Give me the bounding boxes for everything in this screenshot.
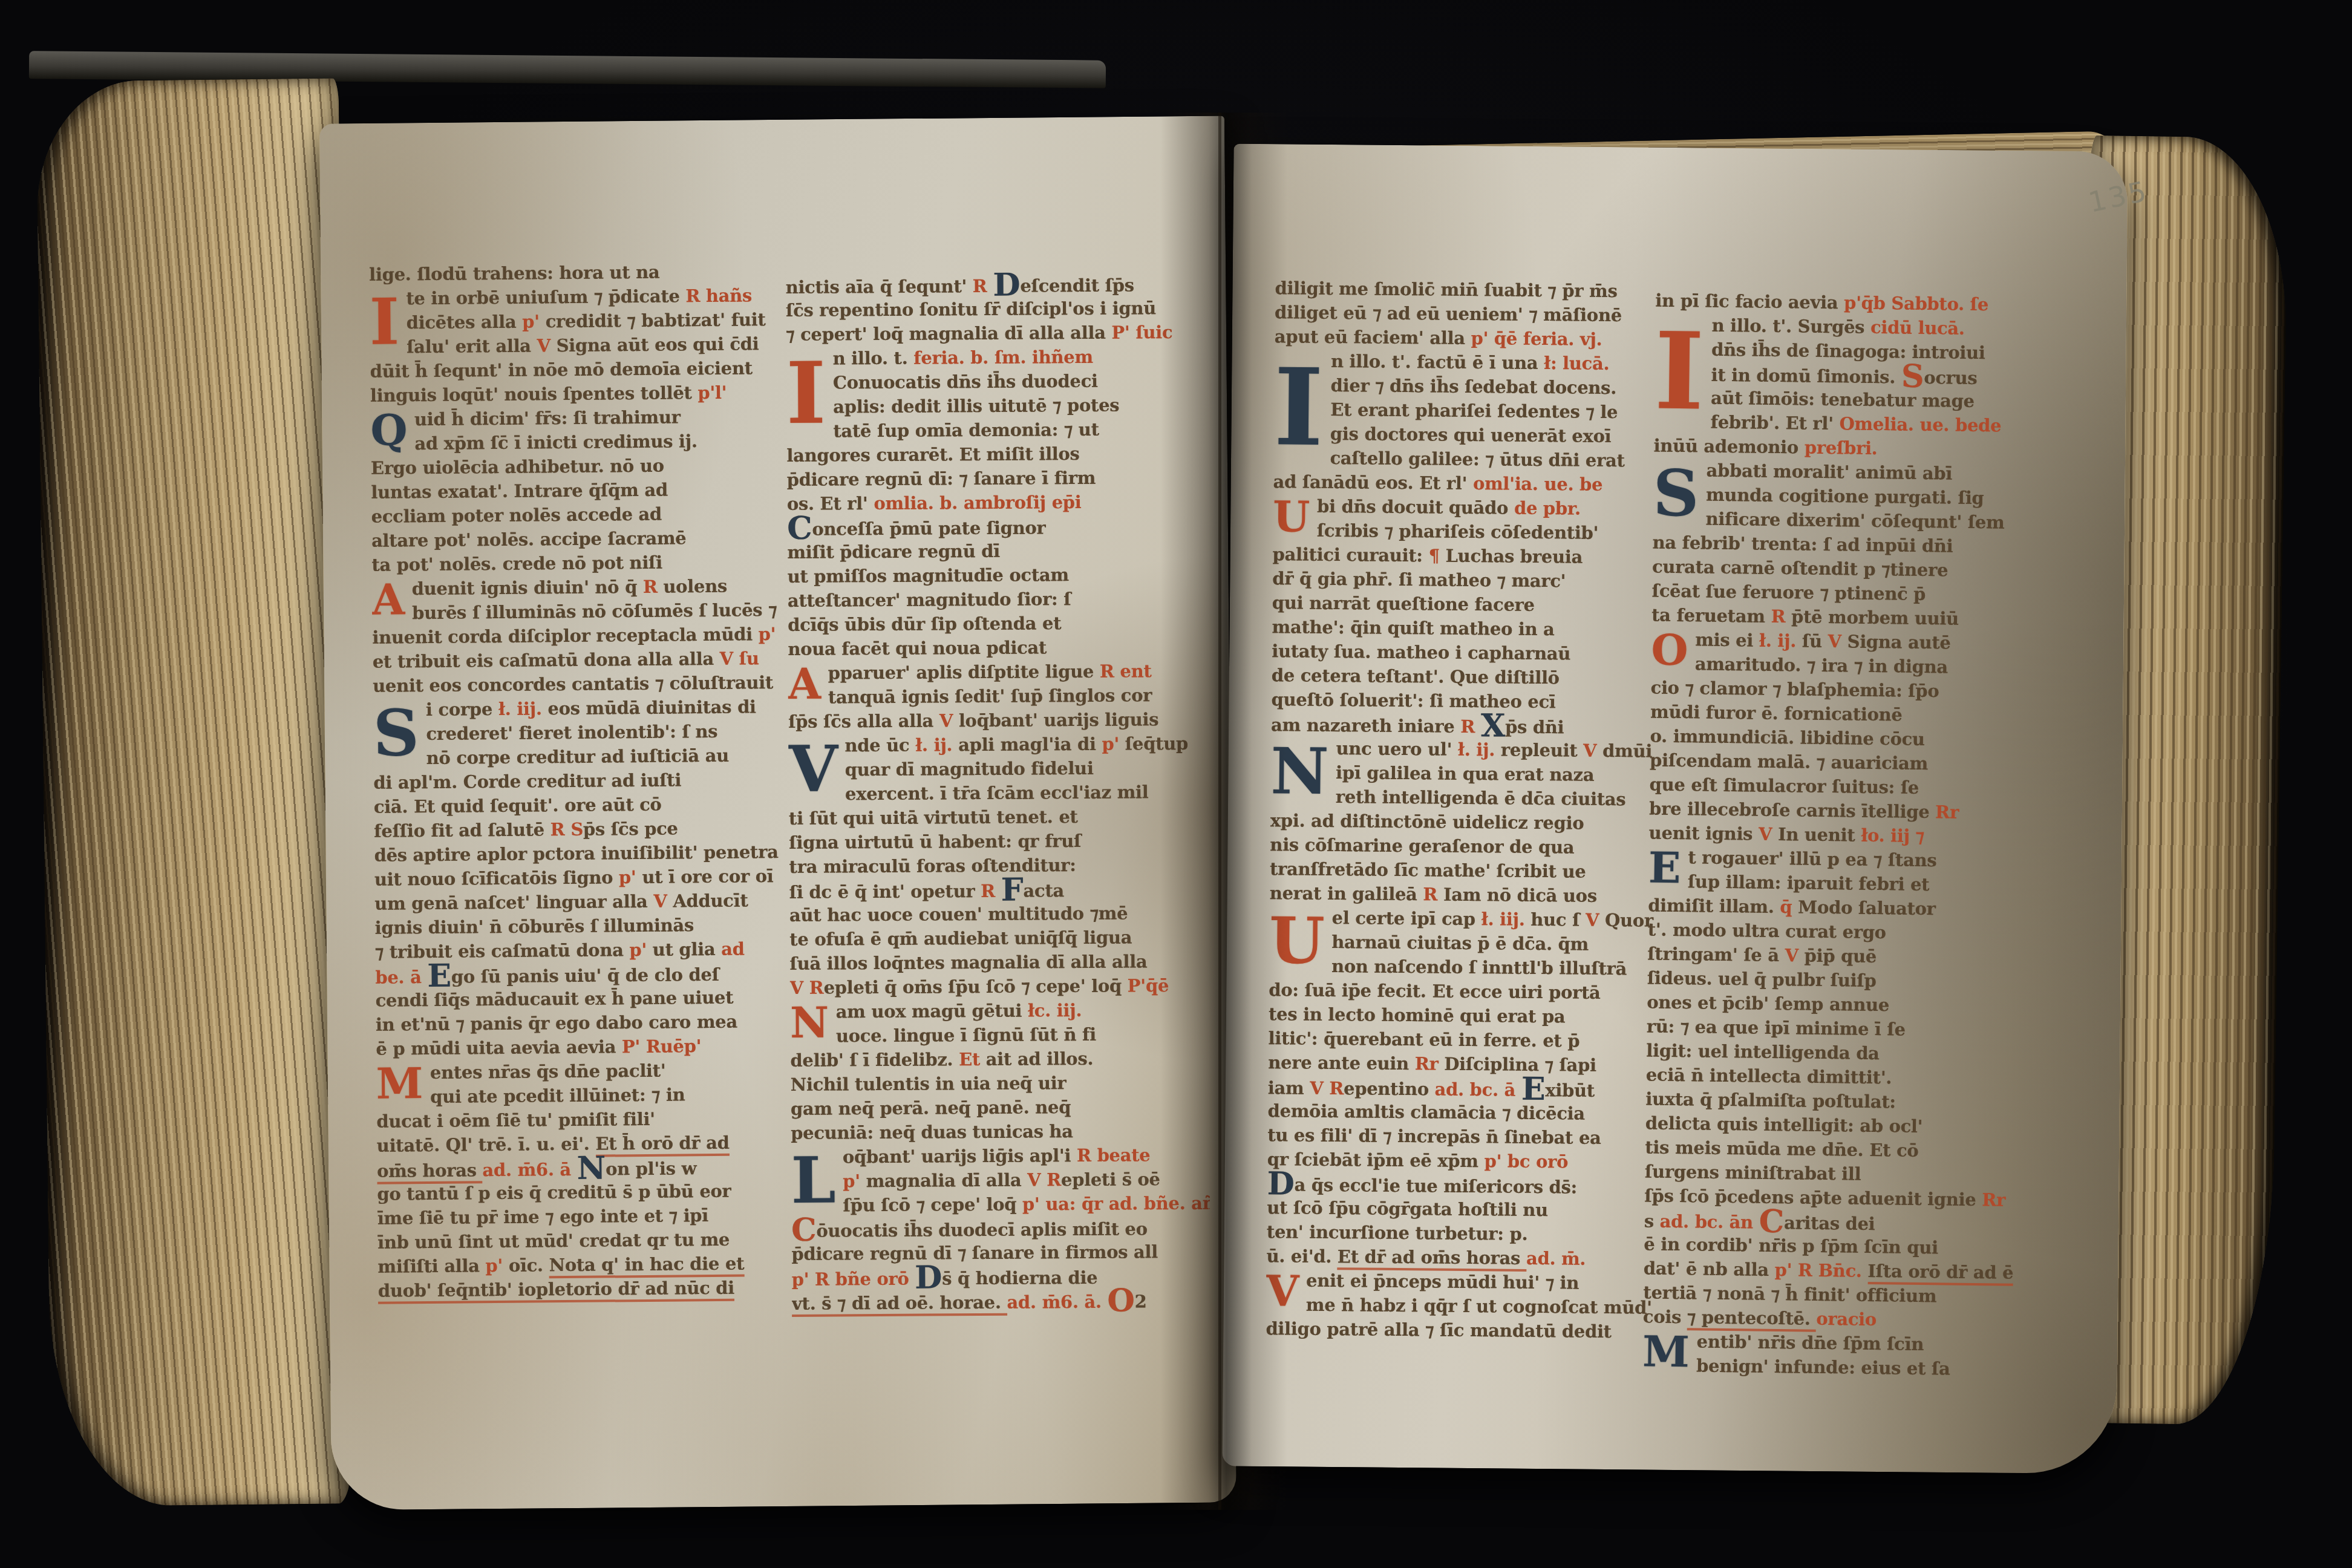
manuscript-line: Et erant phariſei ſedentes ⁊ le <box>1274 397 1676 425</box>
text-segment: ut ī ore cor oī <box>642 866 773 887</box>
text-segment: diligit me ſmolic̄ min̄ ſuabit ⁊ p̄r m̄s <box>1275 278 1617 301</box>
illuminated-initial: N <box>790 1001 829 1045</box>
rubric-segment: ad. m̄. <box>1526 1248 1586 1269</box>
rubric-segment: V <box>1785 945 1804 965</box>
text-segment: nictis aīa q̄ ſequnt' <box>786 276 973 298</box>
manuscript-line: et tribuit eis caſmatū dona alla alla V … <box>373 646 786 674</box>
rubric-segment: R <box>643 577 664 597</box>
rubric-segment: be. ā <box>375 967 427 988</box>
text-segment: piſcendam malā. ⁊ auariciam <box>1650 750 1928 774</box>
rubric-segment: V R <box>1310 1078 1344 1099</box>
text-segment: cio ⁊ clamor ⁊ blaſphemia: ſp̄o <box>1650 677 1939 701</box>
manuscript-line: palitici curauit: ¶ Luchas breuia <box>1272 542 1674 570</box>
manuscript-line: dr̄ q̄ gia phr̄. ſi matheo ⁊ marc' <box>1272 566 1674 594</box>
text-segment: te ofuſa ē qm̄ audiebat uniq̄ſq̄ ligua <box>789 927 1132 949</box>
text-segment: p̄dicare regnū dī ⁊ ſanare in firmos all <box>791 1241 1158 1264</box>
text-segment: dr̄ q̄ gia phr̄. ſi matheo ⁊ marc' <box>1272 568 1566 591</box>
text-segment: ſcēat ſue feruore ⁊ ptinenc̄ p̄ <box>1651 580 1926 604</box>
manuscript-line: nō corpe creditur ad iuſticiā au <box>373 743 787 771</box>
manuscript-line: atteſtancer' magnitudo ſior: ſ <box>788 586 1206 613</box>
illuminated-initial: I <box>369 287 399 355</box>
text-column-3: diligit me ſmolic̄ min̄ ſuabit ⁊ p̄r m̄s… <box>1266 276 1677 1376</box>
rubric-segment: P' Ruēp' <box>622 1036 701 1057</box>
manuscript-line: ſp̄s ſc̄s alla alla V loq̄bant' uarijs l… <box>788 707 1207 734</box>
rubric-segment: R <box>1771 606 1791 627</box>
rubric-segment: V <box>537 335 556 356</box>
text-segment: dmūi <box>1602 740 1652 762</box>
text-segment: litic': q̄uerebant eū in ferre. et p̄ <box>1269 1028 1580 1051</box>
text-segment: unc uero ul' <box>1336 738 1458 760</box>
manuscript-line: Aduenit ignis diuin' nō q̄ R uolens <box>372 573 786 601</box>
manuscript-line: p̄dicare regnū dī ⁊ ſanare in firmos all <box>791 1240 1210 1266</box>
text-segment: Conuocatis dn̄s ih̄s duodeci <box>833 371 1098 393</box>
text-segment: benign' infunde: eius et ſa <box>1696 1355 1950 1379</box>
text-segment: apli magl'ia di <box>958 734 1102 755</box>
text-segment: munda cogitione purgati. ſig <box>1706 485 1984 509</box>
manuscript-line: ducat i oēm ſiē tu' pmiſit fili' <box>376 1106 790 1134</box>
text-segment: ad xp̄m ſc̄ ī inicti credimus ij. <box>414 431 697 454</box>
rubric-segment: p' R bñe orō <box>792 1269 915 1290</box>
manuscript-line: ū. ei'd. Et dr̄ ad om̄s horas ad. m̄. <box>1266 1244 1668 1272</box>
text-segment: enit ei p̄nceps mūdi hui' ⁊ in <box>1306 1270 1579 1293</box>
text-segment: Nota q' in hac die et <box>549 1253 744 1279</box>
manuscript-line: iutaty ſua. matheo i capharnaū <box>1272 639 1673 667</box>
rubric-segment: ł: lucā. <box>1544 353 1610 374</box>
text-segment: ut pmiſſos magnitudīe octam <box>788 564 1069 587</box>
manuscript-line: uoce. lingue ī ſignū ſūt n̄ fi <box>790 1022 1209 1048</box>
rubric-segment: V <box>1583 740 1602 761</box>
text-segment: p̄dicare regnū dī: ⁊ ſanare ī firm <box>787 468 1096 490</box>
text-segment: Et h̄ orō dr̄ ad <box>595 1132 730 1157</box>
text-segment: diligo patrē alla ⁊ ſīc mandatū dedit <box>1266 1318 1612 1342</box>
rubric-segment: de pbr. <box>1514 498 1581 519</box>
rubric-segment: ł. ij. <box>1759 630 1802 652</box>
rubric-segment: p' <box>1102 734 1125 754</box>
text-segment: miſiſti alla <box>377 1255 485 1277</box>
text-segment: Et dr̄ ad om̄s horas <box>1338 1246 1526 1272</box>
manuscript-line: ad ſanādū eos. Et rl' oml'ia. ue. be <box>1273 469 1675 497</box>
text-segment: p̄s ſc̄s pce <box>583 818 678 839</box>
manuscript-line: benign' infunde: eius et ſa <box>1642 1353 2056 1382</box>
manuscript-line: diligo patrē alla ⁊ ſīc mandatū dedit <box>1266 1316 1667 1344</box>
illuminated-initial: S <box>373 699 419 767</box>
manuscript-line: ti ſūt qui uitā virtutū tenet. et <box>789 804 1207 831</box>
text-segment: repleuit <box>1501 739 1584 760</box>
manuscript-line: Nichil tulentis in uia neq̄ uir <box>791 1070 1209 1097</box>
rubric-segment: p' <box>485 1255 509 1276</box>
text-segment: dēs aptire aplor pctora inuiſibilit' pen… <box>374 841 778 866</box>
rubric-segment: ad. m̄6. ā <box>482 1159 577 1180</box>
text-segment: ignis diuin' n̄ cōburēs ſ illuminās <box>374 915 694 938</box>
text-segment: cendi ſiq̄s māducauit ex h̄ pane uiuet <box>376 987 734 1011</box>
text-segment: ē p mūdi uita aevia aevia <box>376 1036 622 1059</box>
text-segment: aūt ſimōis: tenebatur mage <box>1711 388 1975 411</box>
rubric-segment: ad. bc. ān <box>1660 1211 1759 1233</box>
text-segment: bre illecebroſe carnis ītellige <box>1649 798 1935 822</box>
rubric-segment: ł. ij. <box>1458 739 1501 760</box>
manuscript-line: ciā. Et quid ſequit'. ore aūt cō <box>374 791 788 819</box>
manuscript-line: eccliam poter nolēs accede ad <box>371 501 785 529</box>
manuscript-line: ſcribis ⁊ phariſeis cōſedentib' <box>1273 518 1674 546</box>
manuscript-line: nis cōſmarine geraſenor de qua <box>1270 832 1671 860</box>
text-segment: tes in lecto hominē qui erat pa <box>1269 1004 1566 1027</box>
manuscript-line: crederet' fieret inolentib': ſ ns <box>373 719 787 746</box>
text-segment: langores curarēt. Et miſit illos <box>786 443 1079 466</box>
manuscript-line: am nazareth iniare R Xp̄s dn̄i <box>1271 711 1673 739</box>
text-segment: ſp̄u ſcō ⁊ cepe' loq̄ <box>843 1194 1022 1216</box>
text-segment: harnaū ciuitas p̄ ē dc̄a. q̄m <box>1331 932 1589 955</box>
text-segment: am uox magū gētui <box>836 1001 1028 1022</box>
text-segment: s <box>1644 1210 1660 1231</box>
manuscript-line: ignis diuin' n̄ cōburēs ſ illuminās <box>374 912 788 940</box>
manuscript-line: ipī galilea in qua erat naza <box>1270 760 1672 788</box>
text-segment: delicta quis intelligit: ab ocl' <box>1645 1112 1923 1137</box>
text-segment: onceſſa p̄mū pate ſignor <box>812 517 1045 539</box>
manuscript-line: di apl'm. Corde creditur ad iuſti <box>373 767 787 795</box>
manuscript-line: Loq̄bant' uarijs liḡis apl'i R beate <box>791 1143 1209 1169</box>
manuscript-line: aplis: dedit illis uitutē ⁊ potes <box>786 393 1205 419</box>
text-segment: tu es fili' dī ⁊ increpās n̄ ſinebat ea <box>1267 1125 1601 1148</box>
text-segment: oq̄bant' uarijs liḡis apl'i <box>843 1145 1077 1167</box>
text-segment: p̄s dn̄i <box>1505 717 1564 738</box>
text-segment: tra miraculū foras oſtenditur: <box>789 855 1076 877</box>
rubric-segment: R S <box>550 819 584 840</box>
rubric-segment: R <box>981 881 1001 901</box>
text-segment: entes nr̄as q̄s dn̄e paclit' <box>430 1060 666 1083</box>
rubric-segment: p' <box>629 939 653 960</box>
text-segment: In uenit <box>1778 824 1861 846</box>
text-segment: palitici curauit: <box>1272 544 1428 566</box>
text-segment: entib' nr̄is dn̄e ſp̄m ſcīn <box>1696 1331 1924 1354</box>
manuscript-line: ta pot' nolēs. crede nō pot niſi <box>371 549 785 577</box>
rubric-segment: p' q̄ē feria. vj. <box>1471 328 1602 350</box>
manuscript-line: om̄s horas ad. m̄6. ā Non pl'is w <box>377 1154 791 1182</box>
text-segment: eciā n̄ intellecta dimittit'. <box>1646 1064 1892 1088</box>
rubric-segment: V <box>1828 631 1847 652</box>
rubric-segment: V R <box>790 978 824 998</box>
manuscript-line: V Repleti q̄ om̄s ſp̄u ſcō ⁊ cepe' loq̄ … <box>790 973 1209 1000</box>
text-segment: ducat i oēm ſiē tu' pmiſit fili' <box>376 1109 655 1132</box>
manuscript-line: noua facēt qui noua pdicat <box>788 635 1206 661</box>
manuscript-line: tranſfretādo ſīc mathe' ſcribit ue <box>1270 857 1671 884</box>
manuscript-line: Ubi dn̄s docuit quādo de pbr. <box>1273 494 1674 521</box>
text-segment: ſideus. uel q̄ pulbr ſuiſp <box>1647 967 1877 991</box>
rubric-segment: ł. iij. <box>498 698 548 719</box>
text-segment: dcīq̄s ūbis dūr ſip oſtenda et <box>788 613 1061 635</box>
manuscript-line: Nunc uero ul' ł. ij. repleuit V dmūi <box>1271 736 1673 763</box>
manuscript-line: te ofuſa ē qm̄ audiebat uniq̄ſq̄ ligua <box>789 925 1208 952</box>
text-segment: et tribuit eis caſmatū dona alla alla <box>373 648 720 672</box>
text-segment: linguis loqūt' nouis ſpentes tollēt <box>370 382 698 406</box>
manuscript-line: Da q̄s eccl'ie tue miſericors ds̄: <box>1267 1171 1668 1199</box>
rubric-segment: Rr <box>1935 802 1959 822</box>
text-segment: 2 <box>1135 1291 1147 1312</box>
rubric-segment: omlia. b. ambroſij ep̄i <box>874 492 1081 514</box>
text-segment: īnb unū ſint ut mūd' credat qr tu me <box>377 1229 730 1253</box>
manuscript-line: Quid h̄ dicim' fr̄s: ſi trahimur <box>370 404 784 432</box>
text-segment: Ergo uiolēcia adhibetur. nō uo <box>371 456 664 479</box>
text-segment: i corpe <box>426 699 498 720</box>
manuscript-line: aūt hac uoce couen' multitudo ⁊mē <box>789 901 1208 927</box>
rubric-segment: P'q̄ē <box>1128 975 1169 996</box>
left-page: lige. ſlodū trahens: hora ut naIte in or… <box>319 116 1236 1511</box>
illuminated-initial: A <box>372 578 405 621</box>
illuminated-initial: O <box>1651 628 1688 672</box>
manuscript-line: ut ſcō ſp̄u cōgr̄gata hoſtili nu <box>1267 1195 1668 1223</box>
illuminated-initial: Q <box>370 408 407 452</box>
manuscript-line: um genā naſcet' linguar alla V Adducīt <box>374 888 788 916</box>
manuscript-line: aput eū faciem' alla p' q̄ē feria. vj. <box>1275 324 1676 352</box>
manuscript-line: de cetera teſtant'. Que diſtillō <box>1272 663 1673 691</box>
rubric-segment: R <box>1423 884 1443 904</box>
text-segment: ſp̄s ſcō p̄cedens ap̄te aduenit ignie <box>1644 1185 1982 1210</box>
manuscript-line: luntas exatat'. Intrare q̄ſq̄m ad <box>371 477 785 505</box>
rubric-segment: p'l' <box>697 382 727 403</box>
text-segment: pparuer' aplis diſptite ligue <box>828 661 1100 684</box>
text-segment: Modo ſaluator <box>1798 897 1936 919</box>
text-segment: ones et p̄cib' ſemp annue <box>1647 991 1889 1015</box>
text-segment: eſcendit ſp̄s <box>1020 275 1134 296</box>
manuscript-line: in et'nū ⁊ panis q̄r ego dabo caro mea <box>376 1009 789 1037</box>
manuscript-line: qr ſciebāt ip̄m eē xp̄m p' bc orō <box>1267 1147 1669 1175</box>
manuscript-line: feſſio fit ad ſalutē R Sp̄s ſc̄s pce <box>374 815 788 843</box>
page-edges-left-stack <box>36 78 354 1506</box>
text-segment: epentino <box>1344 1078 1435 1099</box>
text-segment: inūū ademonio <box>1653 435 1805 457</box>
text-segment: credidit ⁊ babtizat' fuit <box>545 309 765 332</box>
text-segment: qui ate pcedit illūinet: ⁊ in <box>430 1084 685 1107</box>
text-segment: acta <box>1023 880 1064 901</box>
rubric-segment: p' ua: q̄r ad. bñe. aña. <box>1022 1192 1210 1214</box>
text-segment: n illo. t'. factū ē ī una <box>1331 351 1544 373</box>
text-segment: dicētes alla <box>407 312 523 333</box>
rubric-segment: V <box>939 710 959 731</box>
text-segment: am nazareth iniare <box>1271 714 1460 737</box>
manuscript-line: Venit ei p̄nceps mūdi hui' ⁊ in <box>1266 1268 1668 1296</box>
rubric-segment: p' <box>522 311 546 332</box>
manuscript-line: quar dī magnitudo fidelui <box>788 756 1207 782</box>
manuscript-line: uenit eos concordes cantatis ⁊ cōluſtrau… <box>373 670 786 698</box>
illuminated-initial: U <box>1269 906 1325 975</box>
text-segment: qui narrāt queſtione facere <box>1272 592 1535 615</box>
manuscript-line: Ite in orbē uniuſum ⁊ p̄dicate R hañs <box>369 283 783 311</box>
text-segment: reth intelligenda ē dc̄a ciuitas <box>1336 786 1626 809</box>
rubric-segment: R hañs <box>685 285 752 306</box>
text-segment: non naſcendo ſ innttl'b illuſtrā <box>1331 956 1627 979</box>
manuscript-line: lige. ſlodū trahens: hora ut na <box>369 259 783 287</box>
manuscript-line: os. Et rl' omlia. b. ambroſij ep̄i <box>787 489 1206 516</box>
text-segment: altare pot' nolēs. accipe ſacramē <box>371 528 687 551</box>
manuscript-line: ten' incurſione turbetur: p. <box>1267 1220 1668 1247</box>
manuscript-line: Cōuocatis ih̄s duodecī aplis miſit eo <box>791 1215 1210 1242</box>
text-segment: rū: ⁊ ea que ipī minime ī ſe <box>1647 1016 1906 1039</box>
text-segment: queſtō ſoluerit': ſi matheo ecī <box>1271 689 1555 712</box>
manuscript-line: non naſcendo ſ innttl'b illuſtrā <box>1269 953 1671 981</box>
text-segment: ⁊ pentecoſtē. <box>1687 1307 1817 1332</box>
rubric-segment: ło. iij ⁊ <box>1861 825 1924 846</box>
text-segment: luntas exatat'. Intrare q̄ſq̄m ad <box>371 480 668 503</box>
rubric-segment: R ent <box>1100 661 1152 682</box>
rubric-segment: feria. b. ſm. ihñem <box>913 347 1093 368</box>
manuscript-line: vt. s̄ ⁊ dī ad oē. horae. ad. m̄6. ā. O2 <box>792 1288 1210 1315</box>
text-segment: quar dī magnitudo fidelui <box>845 758 1094 780</box>
text-segment: ocrus <box>1924 367 1978 388</box>
rubric-segment: Rr <box>1982 1189 2005 1210</box>
manuscript-line: pecuniā: neq̄ duas tunicas ha <box>791 1119 1209 1145</box>
text-segment: uid h̄ dicim' fr̄s: ſi trahimur <box>414 407 681 430</box>
manuscript-line: Ergo uiolēcia adhibetur. nō uo <box>371 452 785 480</box>
text-segment: ⁊ tribuit eis caſmatū dona <box>375 939 630 962</box>
manuscript-line: gis doctores qui uenerāt exoī <box>1273 421 1675 449</box>
text-segment: dimiſit illam. <box>1648 895 1780 917</box>
manuscript-line: exercent. ī tr̄a ſcām eccl'iaz mil <box>789 780 1207 806</box>
manuscript-line: do: ſuā ip̄e fecit. Et ecce uiri portā <box>1269 978 1670 1005</box>
text-segment: n illo. t. <box>833 348 914 369</box>
rubric-segment: p' <box>758 624 776 644</box>
rubric-segment: V ſu <box>720 648 759 669</box>
manuscript-line: p' magnalia dī alla V Repleti s̄ oē <box>791 1167 1210 1194</box>
text-segment: ſtringam' ſe ā <box>1647 943 1785 965</box>
manuscript-line: harnaū ciuitas p̄ ē dc̄a. q̄m <box>1269 929 1671 957</box>
manuscript-line: tatē ſup omīa demonia: ⁊ ut <box>786 417 1205 443</box>
manuscript-line: ſc̄s repentino ſonitu ſr̄ diſcipl'os i i… <box>786 296 1204 322</box>
rubric-segment: P' ſuic <box>1111 322 1172 343</box>
text-segment: ⁊ cepert' loq̄ magnalia dī alla alla <box>786 322 1111 345</box>
text-segment: exercent. ī tr̄a ſcām eccl'iaz mil <box>845 782 1149 804</box>
manuscript-line: linguis loqūt' nouis ſpentes tollēt p'l' <box>370 380 784 408</box>
manuscript-line: caſtello galilee: ⁊ ūtus dn̄i erat <box>1273 445 1675 473</box>
text-segment: ligit: uel intelligenda da <box>1646 1040 1880 1063</box>
text-segment: burēs ſ illuminās nō cōſumēs ſ lucēs ⁊ <box>412 599 777 623</box>
manuscript-line: altare pot' nolēs. accipe ſacramē <box>371 525 785 553</box>
text-segment: inuenit corda diſciplor receptacla mūdi <box>372 624 758 648</box>
text-segment: iam <box>1268 1077 1310 1099</box>
text-segment: magnalia dī alla <box>866 1170 1028 1192</box>
rubric-segment: R <box>973 276 993 296</box>
text-segment: vt. s̄ ⁊ dī ad oē. horae. <box>792 1292 1007 1317</box>
manuscript-line: qui narrāt queſtione facere <box>1272 590 1674 618</box>
text-segment: tertiā ⁊ nonā ⁊ h̄ finit' officium <box>1643 1282 1936 1306</box>
manuscript-line: dcīq̄s ūbis dūr ſip oſtenda et <box>788 610 1206 637</box>
text-segment: Diſciplina ⁊ ſapi <box>1444 1054 1596 1076</box>
manuscript-line: ſigna uirtutū ū habent: qr fruſ <box>789 828 1207 855</box>
text-segment: on pl'is w <box>606 1158 696 1179</box>
manuscript-line: ⁊ cepert' loq̄ magnalia dī alla alla P' … <box>786 320 1204 347</box>
text-segment: Iſta orō dr̄ ad ē <box>1867 1261 2013 1286</box>
text-segment: it in domū ſimonis. <box>1711 365 1901 388</box>
rubric-segment: p' <box>619 867 642 887</box>
text-segment: eos mūdā diuinitas di <box>547 696 756 719</box>
text-segment: uolens <box>663 576 727 597</box>
text-segment: uoce. lingue ī ſignū ſūt n̄ fi <box>836 1024 1096 1047</box>
text-segment: febrib'. Et rl' <box>1710 412 1839 434</box>
manuscript-line: dēs aptire aplor pctora inuiſibilit' pen… <box>374 840 788 867</box>
rubric-segment: łc. iij. <box>1028 1000 1082 1021</box>
text-segment: di apl'm. Corde creditur ad iuſti <box>373 769 681 792</box>
rubric-segment: oracio <box>1816 1308 1877 1330</box>
rubric-segment: ł. iij. <box>1481 909 1531 930</box>
manuscript-line: burēs ſ illuminās nō cōſumēs ſ lucēs ⁊ <box>372 598 786 626</box>
manuscript-line: ſuā illos loq̄ntes magnalia dī alla alla <box>789 949 1208 976</box>
text-segment: cois <box>1643 1306 1687 1327</box>
manuscript-line: cendi ſiq̄s māducauit ex h̄ pane uiuet <box>376 985 789 1013</box>
manuscript-line: inuenit corda diſciplor receptacla mūdi … <box>372 622 786 650</box>
text-segment: noua facēt qui noua pdicat <box>788 637 1047 659</box>
text-segment: ten' incurſione turbetur: p. <box>1267 1221 1528 1244</box>
text-segment: aritas dei <box>1784 1212 1875 1234</box>
rubric-segment: O <box>1107 1282 1135 1319</box>
text-segment: t rogauer' illū p ea ⁊ ſtans <box>1688 847 1936 871</box>
text-segment: Quor <box>1605 910 1653 931</box>
text-segment: el certe ipī cap <box>1332 907 1481 929</box>
manuscript-line: Si corpe ł. iij. eos mūdā diuinitas di <box>373 694 786 722</box>
rubric-segment: p' R Bn̄c. <box>1774 1259 1867 1281</box>
text-segment: ōuocatis ih̄s duodecī aplis miſit eo <box>816 1218 1147 1241</box>
text-segment: miſit p̄dicare regnū dī <box>787 541 1000 563</box>
text-segment: diliget eū ⁊ ad eū ueniem' ⁊ māſionē <box>1275 302 1622 325</box>
text-segment: s̄ q̄ hodierna die <box>942 1267 1097 1289</box>
manuscript-line: xpi. ad diſtinctōnē uidelicz regio <box>1270 808 1672 836</box>
text-segment: lige. ſlodū trahens: hora ut na <box>369 262 659 285</box>
text-segment: do: ſuā ip̄e fecit. Et ecce uiri portā <box>1269 979 1601 1003</box>
text-segment: crederet' fieret inolentib': ſ ns <box>426 721 717 744</box>
text-segment: n illo. t'. Surgēs <box>1711 315 1870 338</box>
text-segment: go ſū panis uiu' q̄ de clo deſ <box>451 964 719 987</box>
text-segment: amaritudo. ⁊ ira ⁊ in digna <box>1695 653 1948 677</box>
text-segment: mūdi furor ē. fornicationē <box>1650 701 1903 725</box>
illuminated-initial: M <box>376 1062 423 1106</box>
rubric-segment: V <box>1586 910 1605 930</box>
manuscript-line: go tantū ſ p eis q̄ creditū s̄ p ūbū eor <box>377 1178 791 1206</box>
text-segment: aūt hac uoce couen' multitudo ⁊mē <box>789 903 1128 926</box>
text-segment: caſtello galilee: ⁊ ūtus dn̄i erat <box>1330 448 1624 471</box>
text-segment: ſuā illos loq̄ntes magnalia dī alla alla <box>789 951 1147 974</box>
text-segment: gam neq̄ perā. neq̄ panē. neq̄ <box>791 1097 1071 1119</box>
text-segment: ū. ei'd. <box>1266 1246 1338 1267</box>
text-segment: que eſt ſimulacror ſuitus: ſe <box>1649 774 1919 797</box>
manuscript-line: ē p mūdi uita aevia aevia P' Ruēp' <box>376 1033 789 1061</box>
rubric-segment: ad. m̄6. ā. <box>1007 1292 1107 1313</box>
manuscript-line: ſalu' erit alla V Signa aūt eos qui c̄di <box>370 332 783 359</box>
manuscript-photo: lige. ſlodū trahens: hora ut naIte in or… <box>0 0 2352 1568</box>
manuscript-line: gam neq̄ perā. neq̄ panē. neq̄ <box>791 1094 1209 1121</box>
manuscript-line: Nam uox magū gētui łc. iij. <box>790 998 1209 1024</box>
text-segment: abbati moralit' animū abī <box>1706 460 1952 484</box>
text-segment: na febrib' trenta: ſ ad inpūi dn̄i <box>1652 532 1953 556</box>
text-segment: ſp̄s ſc̄s alla alla <box>788 710 939 732</box>
text-segment: t'. modo ultra curat ergo <box>1648 919 1886 942</box>
text-segment: ut glia <box>653 939 722 960</box>
manuscript-line: Uel certe ipī cap ł. iij. huc ſ V Quor <box>1269 905 1671 933</box>
text-segment: Iam nō dicā uos <box>1443 884 1597 906</box>
rubric-segment: ad. bc. ā <box>1434 1079 1521 1100</box>
manuscript-line: nerat in galileā R Iam nō dicā uos <box>1270 881 1671 909</box>
text-segment: uenit eos concordes cantatis ⁊ cōluſtrau… <box>373 672 773 696</box>
text-segment: uit nouo ſcīficatōis ſigno <box>374 867 619 890</box>
manuscript-line: reth intelligenda ē dc̄a ciuitas <box>1270 784 1672 812</box>
text-segment: te in orbē uniuſum ⁊ p̄dicate <box>406 286 685 309</box>
text-segment: dier ⁊ dn̄s ih̄s ſedebat docens. <box>1331 375 1617 398</box>
text-segment: ta feruetam <box>1651 604 1771 626</box>
manuscript-line: Apparuer' aplis diſptite ligue R ent <box>788 659 1206 685</box>
manuscript-line: me n̄ habz i qq̄r ſ ut cognoſcat mūd' <box>1266 1292 1668 1320</box>
illuminated-initial: I <box>786 348 826 440</box>
text-segment: ſi dc ē q̄ int' opetur <box>789 881 981 903</box>
manuscript-line: In illo. t'. factū ē ī una ł: lucā. <box>1274 348 1676 376</box>
manuscript-line: nictis aīa q̄ ſequnt' R Deſcendit ſp̄s <box>786 272 1204 298</box>
text-segment: me n̄ habz i qq̄r ſ ut cognoſcat mūd' <box>1306 1295 1652 1318</box>
manuscript-line: ſi dc ē q̄ int' opetur R Facta <box>789 877 1208 903</box>
